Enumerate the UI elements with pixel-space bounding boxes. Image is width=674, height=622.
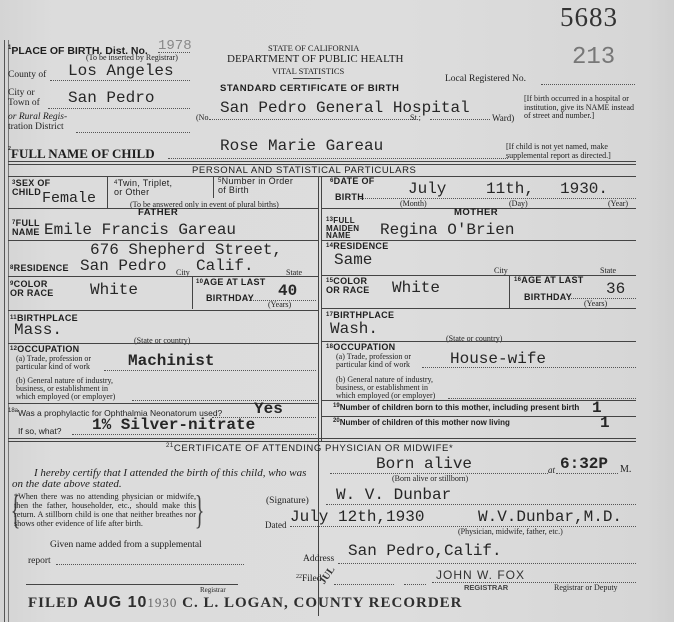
- mother-occupation-label: 18OCCUPATION: [326, 343, 395, 352]
- mother-residence-value: Same: [334, 251, 372, 269]
- father-years-caption: (Years): [268, 300, 291, 309]
- supplemental-label-2: report: [28, 556, 51, 566]
- child-name-note: [If child is not yet named, make supplem…: [506, 143, 638, 160]
- filed-registrar-stamp-label: REGISTRAR: [464, 583, 508, 592]
- child-name-value: Rose Marie Gareau: [220, 137, 383, 155]
- father-occ-b-line3: which employed (or employer): [16, 392, 115, 401]
- date-of-birth-label: 6DATE OF: [330, 177, 375, 186]
- father-heading: FATHER: [138, 207, 178, 218]
- certificate-title: STANDARD CERTIFICATE OF BIRTH: [220, 83, 399, 94]
- dated-label: Dated: [265, 520, 287, 530]
- child-name-label: 2FULL NAME OF CHILD: [8, 146, 155, 162]
- mother-occ-b-line3: which employed (or employer): [336, 391, 435, 400]
- birth-day: 11th,: [486, 180, 534, 198]
- mother-age-value: 36: [606, 280, 625, 298]
- address-value: San Pedro,Calif.: [348, 542, 502, 560]
- prophylactic-what-value: 1% Silver-nitrate: [92, 416, 255, 434]
- mother-maiden-name-label: 13FULLMAIDENNAME: [326, 217, 359, 240]
- signature-label: (Signature): [266, 496, 309, 506]
- local-register-stamp: 213: [572, 44, 615, 71]
- district-note: (To be inserted by Registrar): [86, 53, 178, 62]
- supplemental-label-1: Given name added from a supplemental: [50, 540, 202, 550]
- children-born-label: 19Number of children born to this mother…: [333, 403, 579, 412]
- father-age-label: 10AGE AT LAST: [196, 278, 266, 287]
- mother-birthplace-value: Wash.: [330, 320, 378, 338]
- birth-month: July: [408, 180, 446, 198]
- day-caption: (Day): [509, 199, 528, 208]
- county-label: County of: [8, 70, 46, 80]
- birth-certificate-page: 5683 213 1PLACE OF BIRTH. Dist. No. 1978…: [0, 0, 674, 622]
- filed-registrar-name: JOHN W. FOX: [436, 568, 525, 582]
- rural-label-2: tration District: [8, 122, 64, 132]
- dated-value: July 12th,1930: [290, 508, 424, 526]
- father-birthplace-value: Mass.: [14, 321, 62, 339]
- twin-label: 4Twin, Triplet,or Other: [114, 179, 172, 197]
- county-value: Los Angeles: [68, 62, 174, 80]
- children-living-label: 20Number of children of this mother now …: [333, 418, 510, 427]
- hospital-value: San Pedro General Hospital: [220, 99, 470, 117]
- birth-time-value: 6:32P: [560, 455, 608, 473]
- personal-particulars-heading: PERSONAL AND STATISTICAL PARTICULARS: [192, 165, 417, 176]
- rural-label-1: or Rural Regis-: [8, 112, 67, 122]
- certificate-heading: 21CERTIFICATE OF ATTENDING PHYSICIAN OR …: [166, 443, 453, 454]
- father-color-label: 9COLOROR RACE: [10, 280, 54, 298]
- father-residence-city: San Pedro: [80, 257, 166, 275]
- ward-label: Ward): [492, 113, 514, 123]
- registrar-caption: Registrar: [200, 586, 226, 594]
- street-label: St.;: [410, 113, 421, 122]
- mother-age-label-2: BIRTHDAY: [524, 293, 572, 302]
- born-status-caption: (Born alive or stillborn): [392, 474, 468, 483]
- mother-name-value: Regina O'Brien: [380, 221, 514, 239]
- signature-value: W. V. Dunbar: [336, 486, 451, 504]
- local-registered-label: Local Registered No.: [445, 74, 526, 84]
- father-age-label-2: BIRTHDAY: [206, 294, 254, 303]
- m-label: M.: [620, 464, 631, 475]
- birth-order-label: 5Number in Orderof Birth: [218, 177, 293, 195]
- city-label-1: City or: [8, 88, 35, 98]
- at-label: at: [548, 465, 555, 475]
- mother-age-label: 16AGE AT LAST: [514, 276, 584, 285]
- department-heading: DEPARTMENT OF PUBLIC HEALTH: [227, 53, 403, 65]
- city-label-2: Town of: [8, 98, 40, 108]
- mother-residence-label: 14RESIDENCE: [326, 242, 389, 251]
- father-occ-a-line2: particular kind of work: [16, 362, 90, 371]
- year-caption: (Year): [608, 199, 628, 208]
- children-living-value: 1: [600, 414, 610, 432]
- born-status-value: Born alive: [376, 455, 472, 473]
- father-age-value: 40: [278, 282, 297, 300]
- prophylactic-what-label: If so, what?: [18, 426, 61, 436]
- father-occupation-value: Machinist: [128, 352, 214, 370]
- mother-city-caption: City: [494, 266, 508, 275]
- father-name-label: 7FULLNAME: [12, 219, 40, 237]
- attending-footnote: *When there was no attending physician o…: [14, 492, 196, 528]
- brace-right: }: [195, 490, 205, 530]
- prophylactic-answer: Yes: [254, 400, 283, 418]
- father-occupation-label: 12OCCUPATION: [10, 345, 79, 354]
- physician-title-caption: (Physician, midwife, father, etc.): [458, 527, 563, 536]
- mother-heading: MOTHER: [454, 207, 498, 218]
- physician-title-value: W.V.Dunbar,M.D.: [478, 508, 622, 526]
- state-file-number-stamp: 5683: [560, 2, 618, 33]
- mother-occ-a-line2: particular kind of work: [336, 360, 410, 369]
- registrar-or-deputy-caption: Registrar or Deputy: [554, 583, 618, 592]
- mother-color-value: White: [392, 279, 440, 297]
- mother-years-caption: (Years): [584, 299, 607, 308]
- mother-birthplace-label: 17BIRTHPLACE: [326, 311, 394, 320]
- city-value: San Pedro: [68, 89, 154, 107]
- birth-year: 1930.: [560, 180, 608, 198]
- father-color-value: White: [90, 281, 138, 299]
- mother-color-label: 15COLOROR RACE: [326, 277, 370, 295]
- state-heading: STATE OF CALIFORNIA: [268, 43, 359, 53]
- sex-value: Female: [42, 190, 96, 207]
- recorder-stamp: FILED AUG 101930 C. L. LOGAN, COUNTY REC…: [28, 594, 463, 612]
- mother-state-caption: State: [600, 266, 616, 275]
- month-caption: (Month): [400, 199, 427, 208]
- father-name-value: Emile Francis Gareau: [44, 221, 236, 239]
- address-label: Address: [303, 554, 334, 564]
- certify-statement-2: on the date above stated.: [12, 478, 122, 490]
- hospital-note: [If birth occurred in a hospital or inst…: [524, 95, 636, 121]
- no-label: (No.: [196, 113, 210, 122]
- division-heading: VITAL STATISTICS: [272, 66, 344, 76]
- mother-occupation-value: House-wife: [450, 350, 546, 368]
- father-residence-label: 8RESIDENCE: [10, 264, 69, 273]
- father-residence-state: Calif.: [196, 257, 254, 275]
